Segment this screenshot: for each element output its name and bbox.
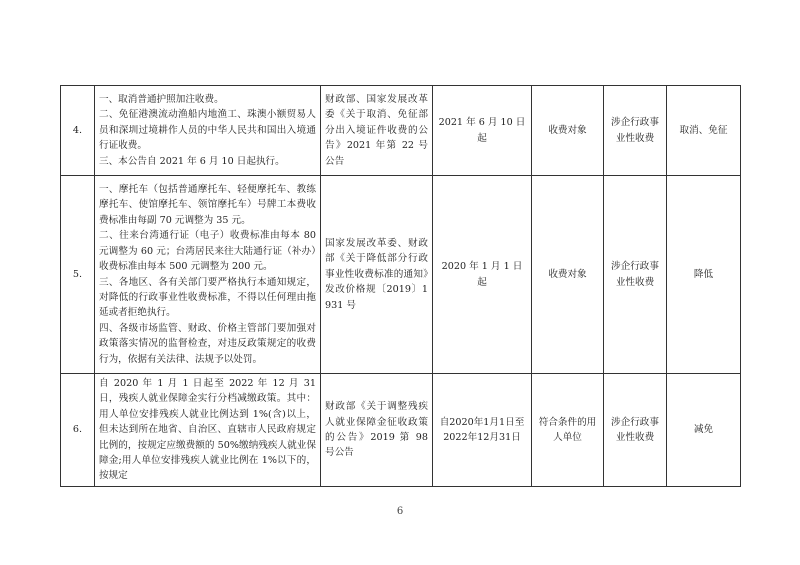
target-subject: 收费对象 <box>532 176 604 374</box>
fee-category: 涉企行政事业性收费 <box>604 86 667 176</box>
fee-category: 涉企行政事业性收费 <box>604 374 667 487</box>
policy-content: 自 2020 年 1 月 1 日起至 2022 年 12 月 31 日，残疾人就… <box>95 374 321 487</box>
table-row: 5. 一、摩托车（包括普通摩托车、轻便摩托车、教练摩托车、使馆摩托车、领馆摩托车… <box>61 176 741 374</box>
policy-basis: 财政部《关于调整残疾人就业保障金征收政策的公告》2019 第 98 号公告 <box>321 374 433 487</box>
table-row: 4. 一、取消普通护照加注收费。 二、免征港澳流动渔船内地渔工、珠澳小额贸易人员… <box>61 86 741 176</box>
fee-category: 涉企行政事业性收费 <box>604 176 667 374</box>
table-row: 6. 自 2020 年 1 月 1 日起至 2022 年 12 月 31 日，残… <box>61 374 741 487</box>
content-line: 自 2020 年 1 月 1 日起至 2022 年 12 月 31 日，残疾人就… <box>99 376 316 484</box>
target-subject: 符合条件的用人单位 <box>532 374 604 487</box>
content-line: 二、往来台湾通行证（电子）收费标准由每本 80 元调整为 60 元；台湾居民来往… <box>99 228 316 274</box>
effective-date: 2020 年 1 月 1 日起 <box>433 176 532 374</box>
content-line: 一、取消普通护照加注收费。 <box>99 92 316 107</box>
measure-type: 取消、免征 <box>667 86 741 176</box>
policy-content: 一、摩托车（包括普通摩托车、轻便摩托车、教练摩托车、使馆摩托车、领馆摩托车）号牌… <box>95 176 321 374</box>
content-line: 四、各级市场监管、财政、价格主管部门要加强对政策落实情况的监督检查，对违反政策规… <box>99 321 316 367</box>
row-number: 4. <box>61 86 95 176</box>
content-line: 二、免征港澳流动渔船内地渔工、珠澳小额贸易人员和深圳过境耕作人员的中华人民共和国… <box>99 107 316 153</box>
effective-date: 2021 年 6 月 10 日起 <box>433 86 532 176</box>
policy-basis: 国家发展改革委、财政部《关于降低部分行政事业性收费标准的通知》发改价格规〔201… <box>321 176 433 374</box>
row-number: 6. <box>61 374 95 487</box>
target-subject: 收费对象 <box>532 86 604 176</box>
row-number: 5. <box>61 176 95 374</box>
page-number: 6 <box>0 506 800 517</box>
content-line: 一、摩托车（包括普通摩托车、轻便摩托车、教练摩托车、使馆摩托车、领馆摩托车）号牌… <box>99 182 316 228</box>
measure-type: 降低 <box>667 176 741 374</box>
content-line: 三、各地区、各有关部门要严格执行本通知规定，对降低的行政事业性收费标准，不得以任… <box>99 275 316 321</box>
content-line: 三、本公告自 2021 年 6 月 10 日起执行。 <box>99 154 316 169</box>
policy-basis: 财政部、国家发展改革委《关于取消、免征部分出入境证件收费的公告》2021 年第 … <box>321 86 433 176</box>
effective-date: 自2020年1月1日至2022年12月31日 <box>433 374 532 487</box>
measure-type: 减免 <box>667 374 741 487</box>
fee-policy-table: 4. 一、取消普通护照加注收费。 二、免征港澳流动渔船内地渔工、珠澳小额贸易人员… <box>60 85 741 487</box>
document-page: 4. 一、取消普通护照加注收费。 二、免征港澳流动渔船内地渔工、珠澳小额贸易人员… <box>0 0 800 565</box>
policy-content: 一、取消普通护照加注收费。 二、免征港澳流动渔船内地渔工、珠澳小额贸易人员和深圳… <box>95 86 321 176</box>
